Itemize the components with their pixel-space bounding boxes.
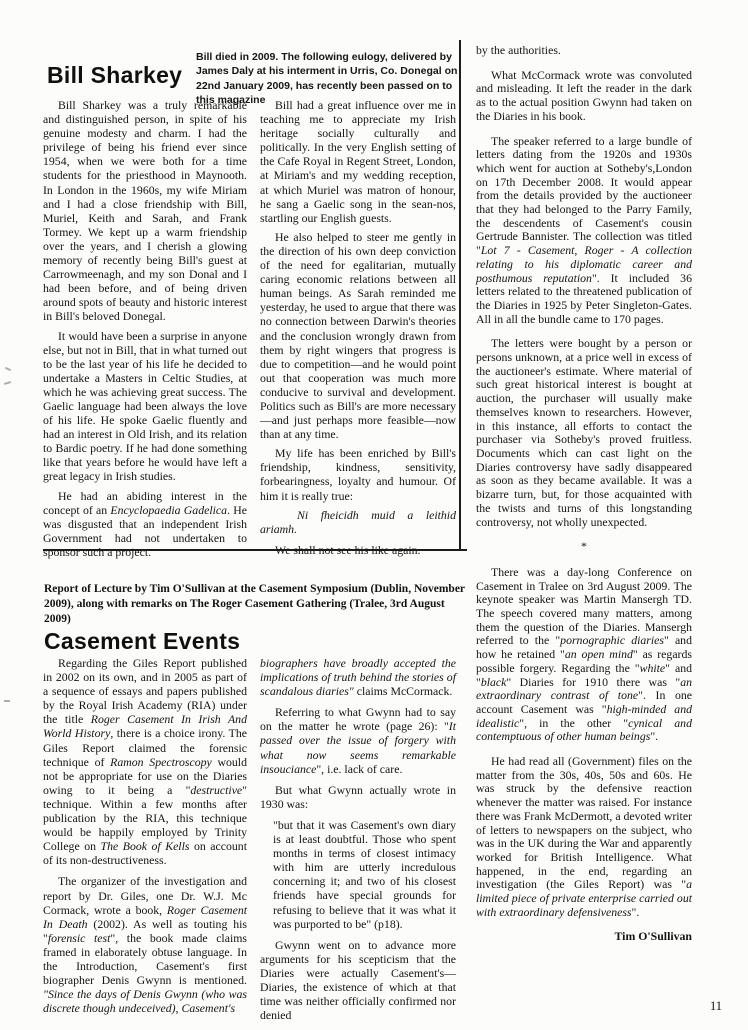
page-number: 11: [710, 999, 722, 1014]
section-divider-rule: [43, 549, 467, 551]
paragraph: There was a day-long Conference on Casem…: [476, 566, 692, 744]
column-divider-rule: [459, 40, 461, 550]
paragraph: Bill Sharkey was a truly remarkable and …: [43, 98, 247, 324]
paragraph: Gwynn went on to advance more arguments …: [260, 938, 456, 1023]
paragraph: Regarding the Giles Report published in …: [43, 656, 247, 867]
bill-sharkey-column-middle: Bill had a great influence over me in te…: [260, 98, 456, 562]
paragraph: My life has been enriched by Bill's frie…: [260, 446, 456, 502]
casement-events-heading: Casement Events: [44, 628, 240, 655]
diaries-controversy-column: by the authorities.What McCormack wrote …: [476, 44, 692, 955]
paragraph: But what Gwynn actually wrote in 1930 wa…: [260, 783, 456, 811]
casement-events-column-middle: biographers have broadly accepted the im…: [260, 656, 456, 1029]
casement-events-column-left: Regarding the Giles Report published in …: [43, 656, 247, 1022]
bill-sharkey-heading: Bill Sharkey: [47, 62, 182, 89]
scan-artifact: [5, 367, 11, 371]
paragraph: "but that it was Casement's own diary is…: [273, 818, 456, 931]
paragraph: *: [476, 540, 692, 554]
scan-artifact: [4, 381, 11, 385]
paragraph: Referring to what Gwynn had to say on th…: [260, 705, 456, 775]
scan-artifact: [4, 700, 10, 702]
bill-sharkey-column-left: Bill Sharkey was a truly remarkable and …: [43, 98, 247, 564]
paragraph: What McCormack wrote was convoluted and …: [476, 69, 692, 124]
paragraph: Bill had a great influence over me in te…: [260, 98, 456, 225]
magazine-page: Bill Sharkey Bill died in 2009. The foll…: [0, 0, 748, 1030]
paragraph: The organizer of the investigation and r…: [43, 874, 247, 1015]
casement-report-note: Report of Lecture by Tim O'Sullivan at t…: [44, 582, 468, 627]
paragraph: Tim O'Sullivan: [476, 930, 692, 944]
paragraph: He also helped to steer me gently in the…: [260, 230, 456, 441]
paragraph: He had read all (Government) files on th…: [476, 755, 692, 919]
paragraph: The speaker referred to a large bundle o…: [476, 135, 692, 327]
paragraph: biographers have broadly accepted the im…: [260, 656, 456, 698]
paragraph: It would have been a surprise in anyone …: [43, 329, 247, 484]
paragraph: Ni fheicidh muid a leithid ariamh.: [260, 508, 456, 536]
paragraph: The letters were bought by a person or p…: [476, 337, 692, 529]
paragraph: by the authorities.: [476, 44, 692, 58]
